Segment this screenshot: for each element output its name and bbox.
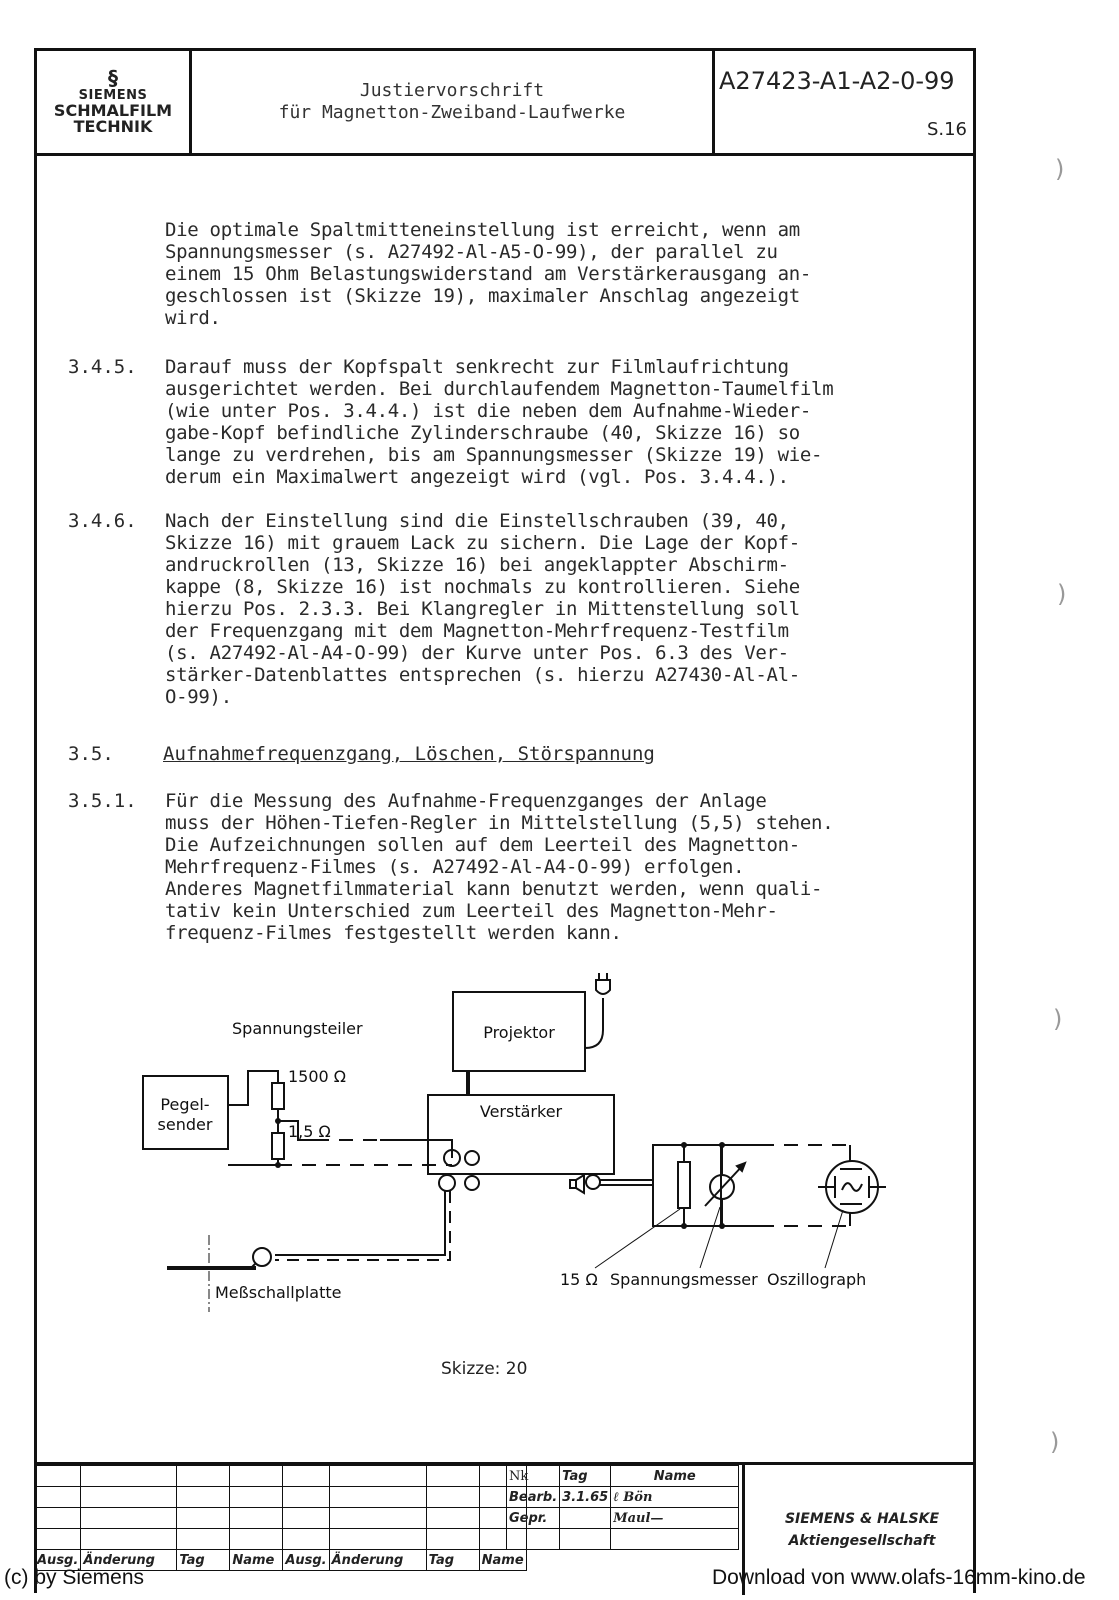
- scan-mark: ): [1053, 1005, 1062, 1033]
- label-r1: 1500 Ω: [288, 1067, 346, 1086]
- figure-caption: Skizze: 20: [441, 1359, 527, 1379]
- section-3-4-5: Darauf muss der Kopfspalt senkrecht zur …: [165, 356, 833, 488]
- revision-column-header: Tag: [177, 1550, 230, 1571]
- label-spannungsmesser: Spannungsmesser: [610, 1270, 758, 1289]
- revision-column-header: Name: [479, 1550, 526, 1571]
- signature: ℓ Bön: [611, 1487, 739, 1508]
- label-r2: 1,5 Ω: [288, 1122, 331, 1141]
- label-oszillograph: Oszillograph: [767, 1270, 866, 1289]
- label-messschallplatte: Meßschallplatte: [215, 1283, 342, 1302]
- section-number: 3.5.1.: [68, 790, 137, 812]
- label-load: 15 Ω: [560, 1270, 598, 1289]
- label-projektor: Projektor: [483, 1023, 555, 1042]
- section-number: 3.4.5.: [68, 356, 137, 378]
- download-watermark: Download von www.olafs-16mm-kino.de: [712, 1566, 1086, 1590]
- document-title: Justiervorschrift für Magnetton-Zweiband…: [192, 51, 715, 153]
- document-number: A27423-A1-A2-0-99: [719, 67, 955, 95]
- signature: Maul—: [611, 1508, 739, 1529]
- revision-column-header: Änderung: [329, 1550, 426, 1571]
- label-pegelsender-2: sender: [158, 1115, 213, 1134]
- section-3-4-6: Nach der Einstellung sind die Einstellsc…: [165, 510, 800, 708]
- scan-mark: ): [1055, 155, 1064, 183]
- approval-date: 3.1.65: [560, 1487, 611, 1508]
- approval-table: Nk Tag Name Bearb. 3.1.65 ℓ Bön Gepr. Ma…: [506, 1465, 739, 1550]
- section-number: 3.4.6.: [68, 510, 137, 532]
- label-verstaerker: Verstärker: [480, 1102, 563, 1121]
- heading-number: 3.5.: [68, 743, 114, 765]
- circuit-diagram: Spannungsteiler 1500 Ω 1,5 Ω Pegel- send…: [0, 960, 1119, 1340]
- siemens-logo: § SIEMENS SCHMALFILM TECHNIK: [37, 51, 192, 153]
- section-heading: Aufnahmefrequenzgang, Löschen, Störspann…: [163, 743, 655, 765]
- scan-mark: ): [1057, 580, 1066, 608]
- copyright-watermark: (c) by Siemens: [4, 1566, 144, 1590]
- resistor-1-5: [272, 1133, 284, 1159]
- revision-column-header: Ausg.: [283, 1550, 329, 1571]
- label-spannungsteiler: Spannungsteiler: [232, 1019, 363, 1038]
- siemens-emblem-icon: §: [108, 68, 118, 89]
- scan-mark: ): [1050, 1428, 1059, 1456]
- load-resistor: [678, 1162, 690, 1208]
- label-pegelsender-1: Pegel-: [160, 1095, 209, 1114]
- revision-table: Ausg.ÄnderungTagNameAusg.ÄnderungTagName: [34, 1465, 527, 1571]
- revision-column-header: Name: [230, 1550, 283, 1571]
- document-number-box: A27423-A1-A2-0-99 S.16: [715, 51, 973, 153]
- resistor-1500: [272, 1083, 284, 1109]
- page-number: S.16: [927, 119, 967, 140]
- section-3-5-1: Für die Messung des Aufnahme-Frequenzgan…: [165, 790, 833, 944]
- document-header: § SIEMENS SCHMALFILM TECHNIK Justiervors…: [34, 48, 976, 156]
- intro-paragraph: Die optimale Spaltmitteneinstellung ist …: [165, 219, 811, 329]
- revision-column-header: Tag: [426, 1550, 479, 1571]
